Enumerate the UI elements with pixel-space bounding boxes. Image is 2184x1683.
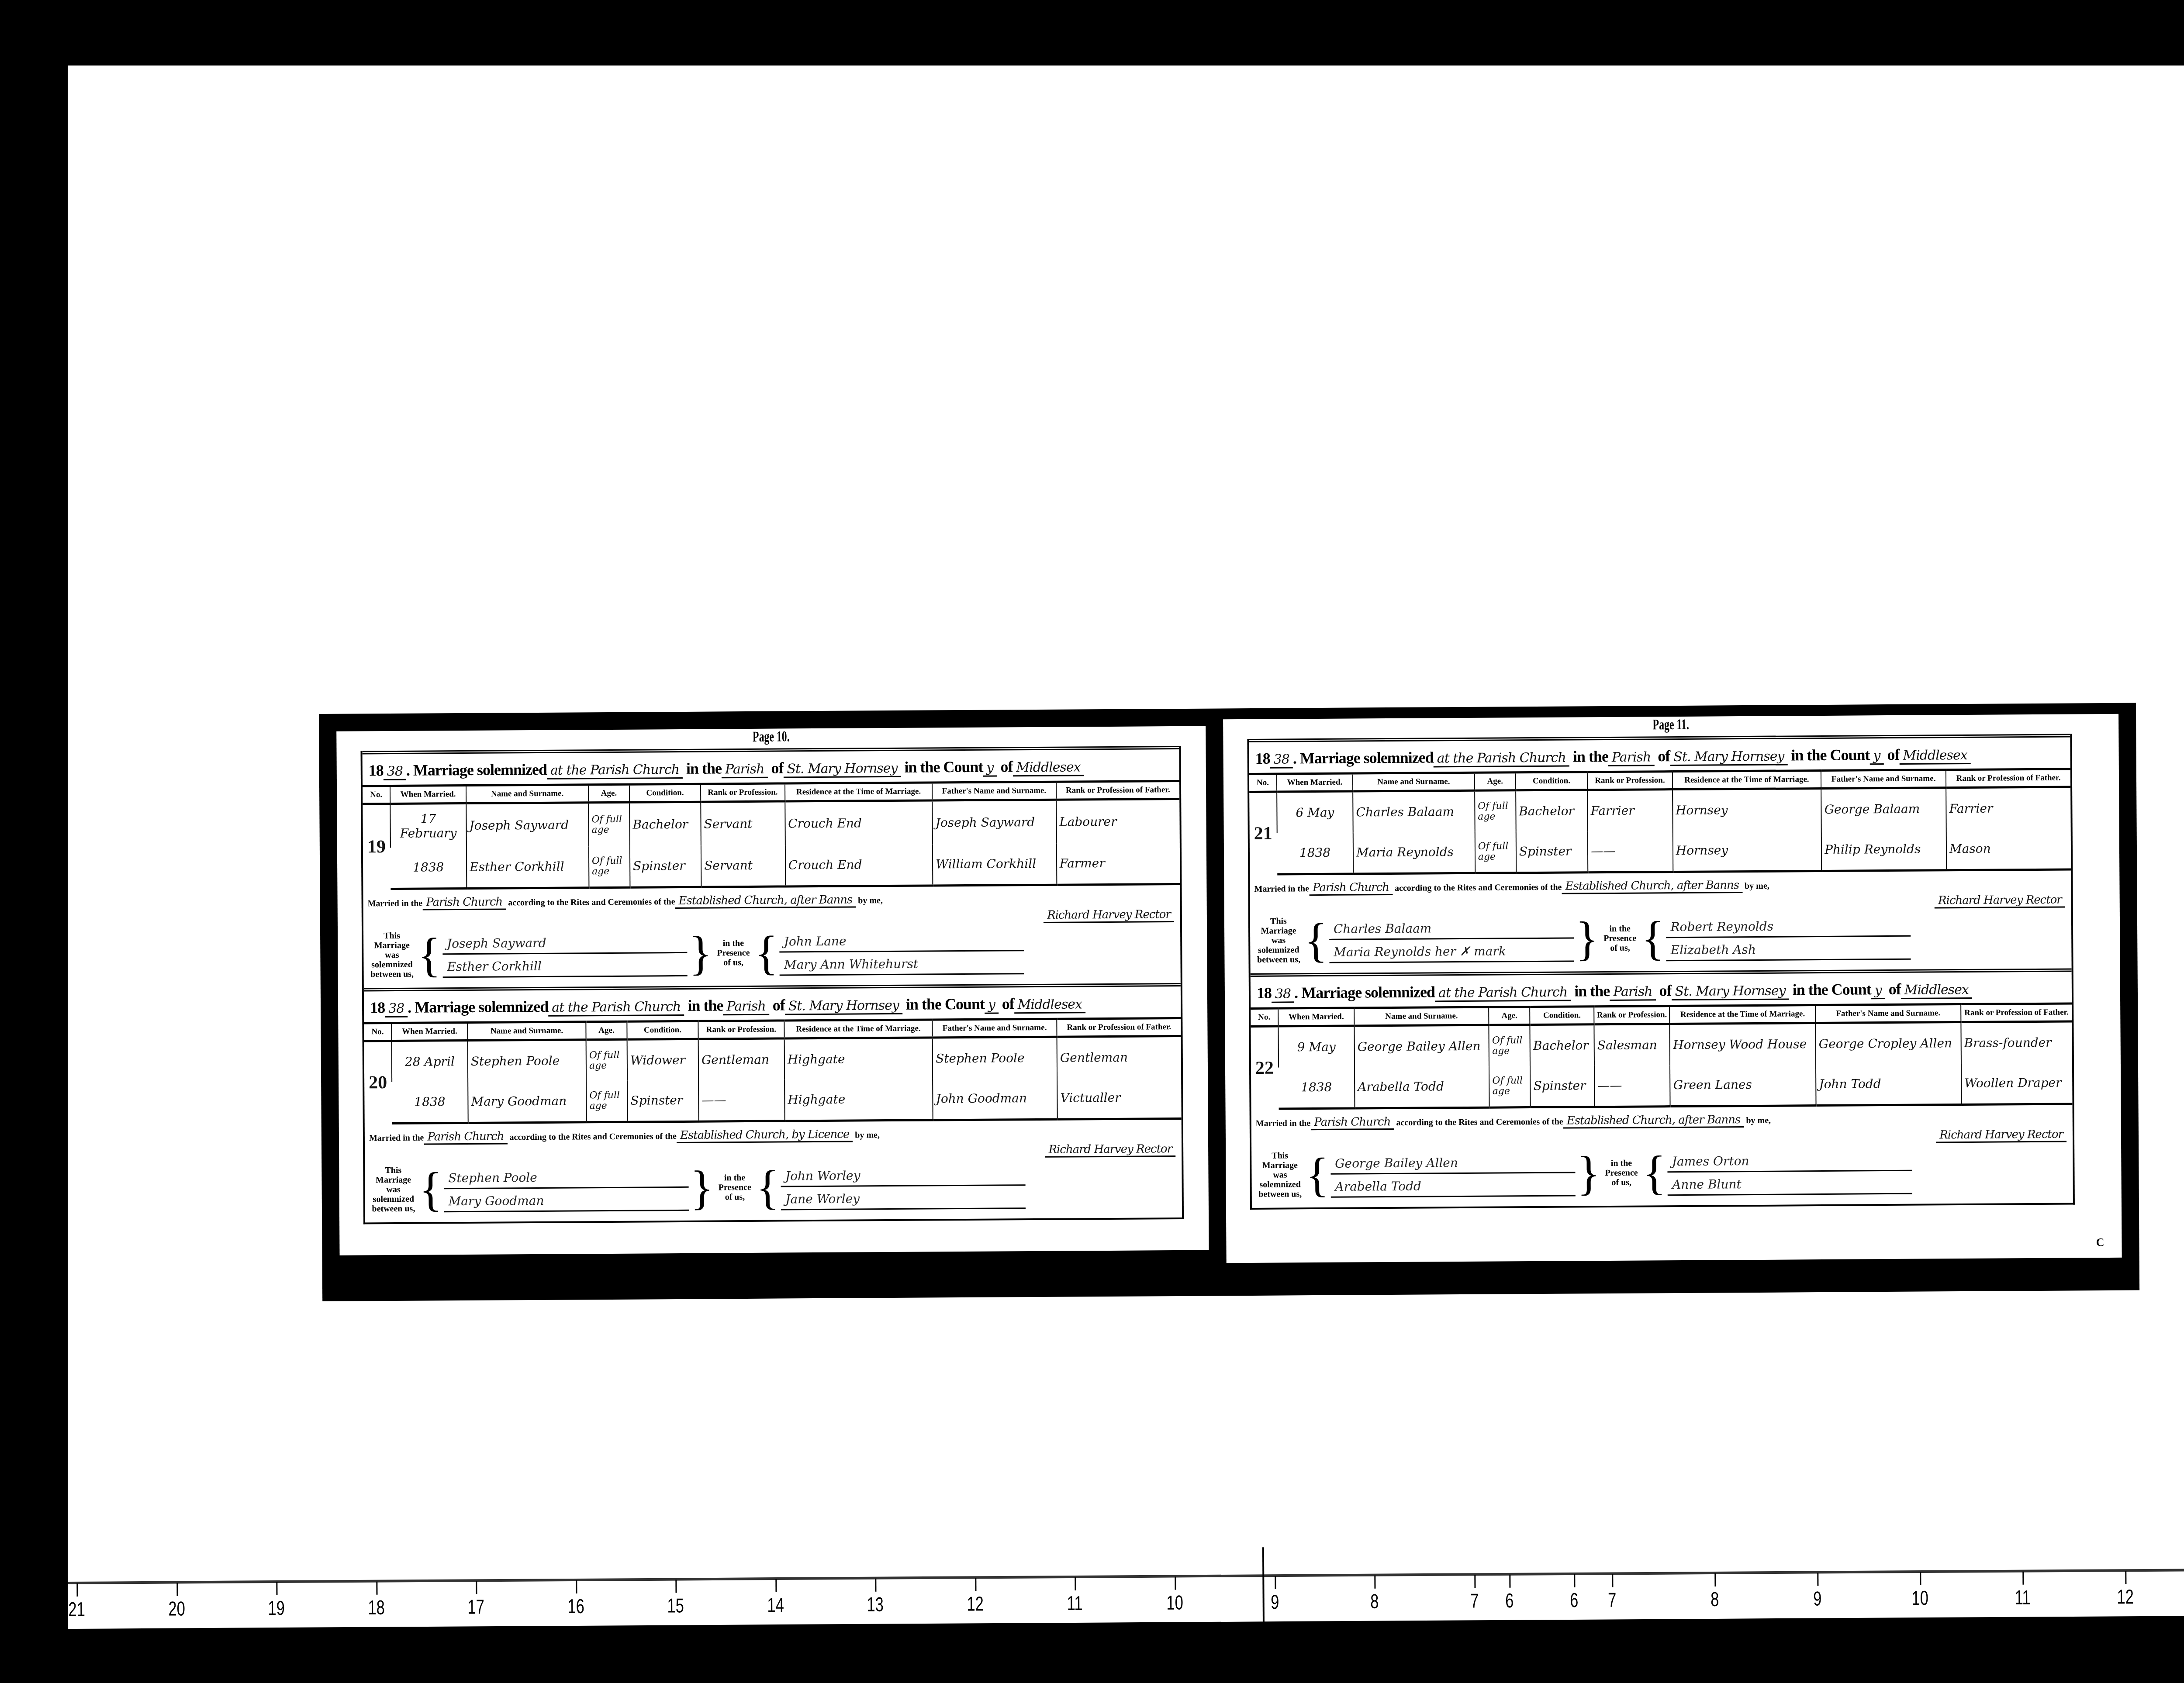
ruler-number: 11 [2013,1586,2032,1609]
by-me-label: by me, [1746,1116,1771,1125]
county: Middlesex [1014,997,1085,1014]
couple-signatures: George Bailey Allen Arabella Todd [1330,1150,1576,1197]
married-in-label: Married in the [368,898,423,908]
column-header: Rank or Profession of Father. [1946,769,2070,788]
ruler-tick [1509,1575,1510,1588]
bride-father-rank: Woollen Draper [1961,1062,2073,1104]
column-header: Residence at the Time of Marriage. [784,1020,933,1038]
year-suffix: 38 [384,764,406,780]
bride-residence: Crouch End [785,844,933,886]
brace: { [1641,914,1664,962]
groom-residence: Hornsey [1673,788,1821,831]
bride-father-rank: Victualler [1057,1077,1181,1119]
entry-table: No.When Married.Name and Surname.Age.Con… [363,780,1180,890]
groom-age: Of full age [588,802,630,846]
ruler-tick [1574,1574,1575,1587]
entry-header: 1838. Marriage solemnizedat the Parish C… [363,749,1179,785]
date-day-month: 28 April [392,1040,468,1082]
ruler-number: 13 [865,1593,885,1616]
ruler-number: 12 [2115,1585,2135,1608]
bride-condition: Spinster [1530,1066,1594,1107]
county-suffix: y [983,760,997,777]
ruler-number: 6 [1564,1588,1584,1612]
of-text: of [1889,980,1901,998]
bride-residence: Highgate [784,1079,933,1121]
couple-signatures: Stephen Poole Mary Goodman [444,1165,689,1212]
column-header: When Married. [390,785,466,804]
married-in-label: Married in the [1254,884,1309,894]
year-prefix: 18 [369,762,384,779]
parish-name: St. Mary Hornsey [1670,748,1787,766]
presence-label: in thePresenceof us, [1602,1158,1641,1187]
column-header: Father's Name and Surname. [1821,770,1946,789]
ruler-number: 18 [366,1596,386,1619]
ruler-tick [2022,1572,2024,1585]
date-year: 1838 [390,847,467,889]
brace: { [1643,1148,1666,1197]
presence-label: in thePresenceof us, [1600,924,1640,953]
column-header: Father's Name and Surname. [932,782,1056,800]
place: at the Parish Church [548,999,684,1017]
bride-rank: —— [698,1079,784,1121]
entry-header: 1838. Marriage solemnizedat the Parish C… [364,986,1181,1022]
column-header: Age. [1489,1007,1530,1025]
solemnized-text: Marriage solemnized [413,761,547,779]
in-the-text: in the [1573,748,1608,765]
ruler-number: 10 [1910,1586,1930,1610]
ruler-number: 8 [1365,1590,1384,1613]
column-header: Rank or Profession. [698,1021,784,1039]
column-header: Condition. [627,1021,698,1039]
bride-name: Esther Corkhill [467,846,589,888]
solemnized-between-label: This Marriagewassolemnizedbetween us, [368,931,416,979]
division: Parish [1610,984,1656,1001]
groom-signature: Stephen Poole [444,1165,688,1189]
of-text: of [1002,995,1014,1012]
year-suffix: 38 [1272,986,1294,1003]
entry-table: No.When Married.Name and Surname.Age.Con… [1249,768,2071,876]
of-text: of [1658,747,1670,765]
bride-father-rank: Farmer [1056,843,1180,885]
column-header: Name and Surname. [466,785,588,804]
column-header: Name and Surname. [1354,1007,1489,1026]
witness-1-signature: Robert Reynolds [1666,914,1911,938]
bride-father: John Todd [1816,1063,1961,1106]
ruler-tick [1374,1576,1375,1589]
witness-2-signature: Elizabeth Ash [1666,937,1911,961]
brace: { [1306,1151,1329,1199]
bride-father: Philip Reynolds [1821,829,1946,871]
page-number: Page 10. [467,727,1075,747]
presence-label: in thePresenceof us, [715,1173,754,1202]
groom-age: Of full age [586,1039,628,1081]
ruler-tick [1612,1574,1613,1587]
entry-table: No.When Married.Name and Surname.Age.Con… [364,1017,1181,1124]
ruler-tick [1714,1573,1716,1586]
bride-father-rank: Mason [1946,828,2071,870]
ruler-number: 9 [1265,1590,1284,1614]
column-header: No. [363,786,390,804]
column-header: Rank or Profession. [1594,1006,1670,1024]
column-header: No. [364,1023,391,1041]
column-header: When Married. [1278,1008,1354,1026]
bride-age: Of full age [586,1081,628,1122]
entry-header: 1838. Marriage solemnizedat the Parish C… [1249,738,2070,773]
bottom-ruler: 2120191817161514131211109876678910111213… [68,1546,2184,1629]
brace: { [756,1163,779,1211]
witness-1-signature: John Lane [779,928,1024,952]
entry-number: 20 [364,1041,392,1123]
entry-number: 19 [363,804,390,889]
ruler-tick [476,1581,477,1594]
county: Middlesex [1901,982,1972,999]
groom-residence: Crouch End [785,800,933,845]
marriage-entry: 1838. Marriage solemnizedat the Parish C… [1249,734,2071,973]
signature-block: This Marriagewassolemnizedbetween us, { … [1251,1144,2073,1207]
column-header: Residence at the Time of Marriage. [785,783,933,801]
county-suffix: y [985,997,999,1014]
county-label: in the Count [904,758,983,776]
bride-condition: Spinster [627,1080,699,1122]
bride-signature: Maria Reynolds her ✗ mark [1329,938,1574,963]
groom-name: George Bailey Allen [1354,1025,1489,1067]
signature-block: This Marriagewassolemnizedbetween us, { … [1250,910,2072,973]
date-year: 1838 [1277,832,1354,874]
ruler-center-line [1262,1547,1265,1624]
ruler-tick [176,1583,178,1596]
groom-father-rank: Brass-founder [1961,1021,2072,1063]
married-in-label: Married in the [1256,1118,1311,1128]
married-in-value: Parish Church [1310,1115,1394,1130]
ruler-tick [1920,1572,1921,1585]
date-day-month: 9 May [1278,1026,1355,1068]
place: at the Parish Church [547,762,683,779]
ruler-tick [1817,1573,1818,1586]
column-header: Rank or Profession. [701,783,785,802]
bride-rank: —— [1594,1065,1670,1107]
page-10: Page 10. 1838. Marriage solemnizedat the… [336,726,1209,1255]
brace: } [690,1163,713,1211]
ruler-number: 12 [965,1592,985,1615]
year-prefix: 18 [1255,750,1270,767]
groom-name: Charles Balaam [1353,790,1475,832]
bride-condition: Spinster [630,846,702,887]
bride-residence: Green Lanes [1670,1064,1816,1107]
solemnized-text: Marriage solemnized [415,998,548,1016]
witness-signatures: James Orton Anne Blunt [1668,1148,1913,1196]
ruler-baseline [68,1569,2184,1584]
county-suffix: y [1871,983,1885,999]
officiant-signature: Richard Harvey Rector [1936,1128,2067,1143]
ruler-number: 15 [666,1593,685,1617]
ruler-number: 6 [1500,1589,1519,1612]
bride-age: Of full age [1489,1066,1531,1107]
page-11: Page 11. 1838. Marriage solemnizedat the… [1223,714,2122,1263]
of-text: of [773,996,785,1014]
parish-name: St. Mary Hornsey [785,998,902,1015]
ruler-number: 21 [67,1597,86,1621]
brace: { [418,931,441,979]
ruler-tick [975,1578,976,1591]
groom-father: Joseph Sayward [932,800,1056,844]
bride-residence: Hornsey [1673,830,1821,872]
groom-signature: Joseph Sayward [442,930,687,955]
brace: } [689,929,712,977]
groom-condition: Bachelor [1530,1024,1594,1066]
bride-signature: Mary Goodman [444,1188,688,1212]
groom-condition: Widower [627,1039,699,1080]
by-me-label: by me, [855,1130,880,1140]
ruler-number: 14 [766,1593,785,1617]
groom-age: Of full age [1475,790,1516,832]
rites-value: Established Church, by Licence [677,1128,853,1143]
presence-label: in thePresenceof us, [714,938,753,968]
bride-age: Of full age [589,846,630,888]
couple-signatures: Joseph Sayward Esther Corkhill [442,930,688,978]
witness-2-signature: Jane Worley [781,1186,1026,1210]
bride-signature: Esther Corkhill [442,953,687,978]
county-label: in the Count [1791,746,1870,764]
ruler-number: 20 [167,1597,187,1620]
groom-rank: Servant [701,801,785,846]
entries-list: 1838. Marriage solemnizedat the Parish C… [1247,734,2075,1209]
solemnized-between-label: This Marriagewassolemnizedbetween us, [1256,1151,1304,1199]
groom-condition: Bachelor [1516,790,1588,832]
signature-block: This Marriagewassolemnizedbetween us, { … [363,924,1181,988]
marriage-entry: 1838. Marriage solemnizedat the Parish C… [363,746,1181,988]
solemnized-between-label: This Marriagewassolemnizedbetween us, [1254,916,1303,965]
parish-name: St. Mary Hornsey [1671,983,1789,1000]
division: Parish [1608,749,1655,766]
witness-signatures: John Worley Jane Worley [781,1162,1026,1210]
married-in-label: Married in the [369,1133,424,1143]
column-header: No. [1249,774,1277,792]
ruler-tick [1175,1577,1176,1590]
according-label: according to the Rites and Ceremonies of… [508,897,675,907]
officiant-signature: Richard Harvey Rector [1935,893,2065,909]
officiant-signature: Richard Harvey Rector [1044,908,1174,923]
column-header: Father's Name and Surname. [1815,1004,1961,1023]
ruler-tick [875,1579,877,1592]
register-book: Page 10. 1838. Marriage solemnizedat the… [319,703,2139,1301]
place: at the Parish Church [1434,750,1569,768]
ruler-tick [1275,1576,1276,1589]
county-label: in the Count [1793,980,1871,998]
officiant-signature: Richard Harvey Rector [1045,1142,1175,1158]
ruler-number: 16 [566,1594,586,1618]
witness-signatures: John Lane Mary Ann Whitehurst [779,928,1024,976]
column-header: Age. [586,1021,627,1040]
married-in-value: Parish Church [1309,881,1393,896]
groom-father-rank: Labourer [1056,799,1180,843]
marriage-entry: 1838. Marriage solemnizedat the Parish C… [364,983,1182,1222]
corner-mark: C [2096,1236,2105,1249]
bride-name: Arabella Todd [1355,1066,1489,1108]
entries-list: 1838. Marriage solemnizedat the Parish C… [361,746,1184,1224]
groom-residence: Hornsey Wood House [1670,1023,1816,1065]
bride-age: Of full age [1475,831,1516,873]
column-header: Residence at the Time of Marriage. [1670,1005,1816,1024]
bride-name: Mary Goodman [468,1081,587,1123]
witness-1-signature: James Orton [1668,1148,1912,1173]
ruler-tick [1075,1577,1076,1590]
column-header: Name and Surname. [467,1022,586,1041]
groom-rank: Salesman [1594,1024,1670,1066]
groom-father: Stephen Poole [933,1037,1057,1079]
groom-condition: Bachelor [629,802,701,846]
division: Parish [723,999,769,1016]
rites-value: Established Church, after Banns [1562,879,1742,894]
groom-rank: Farrier [1587,790,1673,831]
ruler-tick [576,1580,577,1593]
column-header: Condition. [1516,772,1588,790]
groom-signature: Charles Balaam [1329,915,1574,940]
column-header: Rank or Profession of Father. [1056,781,1180,800]
year-prefix: 18 [370,999,385,1016]
column-header: Age. [588,784,629,803]
by-me-label: by me, [858,896,883,905]
column-header: Age. [1475,773,1516,791]
date-day-month: 6 May [1277,791,1353,833]
witness-2-signature: Mary Ann Whitehurst [780,951,1024,976]
ruler-number: 10 [1165,1590,1185,1614]
ruler-tick [775,1579,777,1592]
year-suffix: 38 [385,1001,408,1017]
column-header: Rank or Profession. [1587,772,1673,790]
column-header: Rank or Profession of Father. [1961,1004,2072,1022]
date-year: 1838 [392,1082,468,1124]
year-prefix: 18 [1257,984,1272,1002]
ruler-tick [376,1582,377,1595]
in-the-text: in the [688,997,723,1014]
groom-signature: George Bailey Allen [1330,1150,1575,1174]
ruler-tick [1474,1575,1476,1588]
groom-name: Stephen Poole [468,1040,587,1082]
ruler-tick [676,1580,677,1593]
column-header: Condition. [629,784,701,802]
entry-number: 21 [1249,792,1277,874]
solemnized-text: Marriage solemnized [1301,983,1435,1001]
groom-rank: Gentleman [698,1038,784,1080]
ruler-tick [2125,1571,2126,1584]
column-header: When Married. [1277,773,1353,792]
rites-value: Established Church, after Banns [675,893,856,909]
witness-2-signature: Anne Blunt [1668,1171,1912,1196]
date-day-month: 17 February [390,803,467,848]
ruler-number: 8 [1705,1587,1724,1611]
ruler-number: 7 [1465,1589,1484,1612]
entry-number: 22 [1251,1026,1279,1109]
place: at the Parish Church [1435,984,1571,1002]
ruler-number: 7 [1602,1588,1622,1611]
column-header: No. [1251,1008,1278,1026]
bride-father: John Goodman [933,1078,1057,1120]
of-text: of [771,759,783,777]
county-suffix: y [1870,748,1883,765]
rites-value: Established Church, after Banns [1563,1113,1744,1129]
in-the-text: in the [1574,982,1610,1000]
ruler-number: 11 [1065,1591,1085,1615]
signature-block: This Marriagewassolemnizedbetween us, { … [365,1159,1182,1222]
brace: { [755,929,778,977]
column-header: Condition. [1530,1007,1594,1025]
column-header: Residence at the Time of Marriage. [1673,770,1821,789]
of-text: of [1000,758,1013,775]
entry-table: No.When Married.Name and Surname.Age.Con… [1251,1002,2072,1110]
ruler-tick [276,1582,277,1595]
groom-name: Joseph Sayward [466,803,588,847]
brace: { [1304,916,1327,964]
bride-rank: —— [1588,831,1673,873]
bride-father: William Corkhill [933,844,1057,886]
by-me-label: by me, [1745,881,1769,891]
of-text: of [1887,746,1899,763]
ruler-number: 19 [266,1596,286,1620]
county-label: in the Count [906,995,985,1013]
in-the-text: in the [686,759,722,777]
witness-1-signature: John Worley [781,1162,1026,1187]
groom-residence: Highgate [784,1038,933,1080]
according-label: according to the Rites and Ceremonies of… [509,1131,676,1142]
bride-rank: Servant [701,845,785,887]
brace: } [1576,914,1599,962]
column-header: Name and Surname. [1353,773,1475,791]
groom-father-rank: Farrier [1946,787,2071,829]
of-text: of [1659,982,1671,999]
groom-father: George Balaam [1821,788,1946,830]
ruler-tick [76,1583,78,1597]
couple-signatures: Charles Balaam Maria Reynolds her ✗ mark [1329,915,1574,963]
bride-condition: Spinster [1516,831,1588,873]
groom-father: George Cropley Allen [1815,1022,1961,1064]
brace: { [419,1165,442,1213]
marriage-entry: 1838. Marriage solemnizedat the Parish C… [1251,968,2073,1207]
county: Middlesex [1013,759,1084,776]
year-suffix: 38 [1270,752,1293,768]
brace: } [1577,1149,1600,1197]
county: Middlesex [1899,748,1970,765]
bride-signature: Arabella Todd [1330,1173,1575,1197]
parish-name: St. Mary Hornsey [783,761,901,778]
ruler-number: 17 [466,1595,486,1618]
page-number: Page 11. [1358,715,1984,735]
date-year: 1838 [1279,1067,1355,1109]
married-in-value: Parish Church [424,1130,507,1145]
column-header: When Married. [391,1022,467,1041]
division: Parish [722,762,768,779]
column-header: Rank or Profession of Father. [1057,1018,1181,1037]
according-label: according to the Rites and Ceremonies of… [1396,1117,1563,1127]
bride-name: Maria Reynolds [1353,832,1475,874]
groom-father-rank: Gentleman [1057,1036,1181,1078]
married-in-value: Parish Church [422,895,506,910]
groom-age: Of full age [1489,1024,1531,1066]
according-label: according to the Rites and Ceremonies of… [1395,883,1562,893]
column-header: Father's Name and Surname. [933,1019,1057,1038]
solemnized-text: Marriage solemnized [1300,748,1434,767]
entry-header: 1838. Marriage solemnizedat the Parish C… [1251,972,2072,1007]
ruler-number: 9 [1807,1586,1827,1610]
witness-signatures: Robert Reynolds Elizabeth Ash [1666,914,1911,961]
solemnized-between-label: This Marriagewassolemnizedbetween us, [369,1166,418,1214]
